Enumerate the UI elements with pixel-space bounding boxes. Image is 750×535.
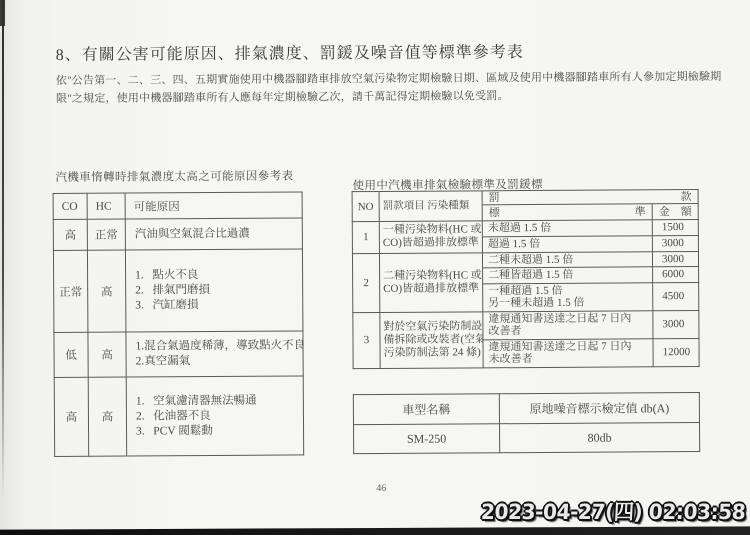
amount-header-cell: 金 額	[652, 204, 698, 220]
cause-line: 汽油與空氣混合比過濃	[135, 226, 301, 242]
page-number: 46	[376, 483, 386, 494]
noise-header-cell: 原地噪音標示檢定值 db(A)	[499, 393, 699, 424]
criteria-line: 違規通知書送達之日起 7 日內	[488, 312, 651, 325]
table-row: SM-250 80db	[354, 423, 700, 454]
cause-line: 2. 化油器不良	[136, 408, 302, 424]
penalty-no-cell: 2	[352, 253, 379, 312]
noise-table: 車型名稱 原地噪音標示檢定值 db(A) SM-250 80db	[353, 392, 700, 454]
criteria-line: 改善者	[488, 324, 651, 337]
penalty-no-cell: 1	[352, 221, 379, 253]
cause-value-cell: 1.混合氣過度稀薄，導致點火不良 2.真空漏氣	[126, 331, 303, 377]
cause-line: 2. 排氣門磨損	[135, 282, 301, 298]
item-line: 二種污染物料(HC 或	[383, 269, 479, 283]
cause-line: 3. PCV 閥鬆動	[136, 423, 302, 439]
item-line: 污染防制法第 24 條)	[384, 346, 480, 360]
penalty-header-cell: 罰 款	[482, 190, 698, 205]
penalty-amount-cell: 4500	[653, 282, 699, 310]
penalty-amount-cell: 3000	[652, 251, 698, 267]
table-row: 低 高 1.混合氣過度稀薄，導致點火不良 2.真空漏氣	[54, 331, 303, 378]
co-value-cell: 高	[53, 219, 87, 250]
table-row: 正常 高 1. 點火不良 2. 排氣門磨損 3. 汽缸磨損	[53, 249, 302, 333]
criteria-line: 二種皆超過 1.5 倍	[488, 268, 651, 281]
penalty-amount-cell: 3000	[653, 310, 699, 338]
criteria-line: 另一種未超過 1.5 倍	[488, 296, 651, 309]
hc-value-cell: 高	[87, 250, 126, 332]
table-row: 高 正常 汽油與空氣混合比過濃	[53, 218, 302, 251]
item-header-cell: 罰款項目 污染種類	[379, 191, 482, 222]
penalty-criteria-cell: 未超過 1.5 倍	[482, 220, 652, 237]
penalty-amount-cell: 1500	[652, 220, 698, 236]
penalty-table: NO 罰款項目 污染種類 罰 款 標 準	[352, 189, 700, 369]
amount-char: 金	[659, 206, 670, 218]
cause-line: 1. 空氣濾清器無法暢通	[136, 393, 302, 409]
hc-value-cell: 高	[88, 377, 126, 456]
hc-value-cell: 正常	[87, 219, 125, 250]
camera-timestamp-overlay: 2023-04-27(四) 02:03:58	[480, 496, 746, 526]
criteria-line: 超過 1.5 倍	[488, 237, 651, 250]
penalty-item-cell: 對於空氣污染防制設 備拆除或改裝者(空氣 污染防制法第 24 條)	[380, 311, 483, 368]
hc-header-cell: HC	[87, 193, 125, 219]
criteria-line: 違規通知書送達之日起 7 日內	[488, 340, 651, 353]
cause-header-cell: 可能原因	[125, 192, 302, 219]
criteria-line: 二種未超過 1.5 倍	[488, 253, 651, 266]
penalty-no-cell: 3	[353, 312, 380, 368]
criteria-line: 一種超過 1.5 倍	[488, 284, 651, 297]
penalty-criteria-cell: 違規通知書送達之日起 7 日內 改善者	[483, 310, 653, 339]
cause-table: CO HC 可能原因 高 正常 汽油與空氣混合比過濃 正常 高 1. 點火不良 …	[53, 191, 305, 457]
cause-table-title: 汽機車惰轉時排氣濃度太高之可能原因參考表	[55, 167, 293, 184]
penalty-criteria-cell: 一種超過 1.5 倍 另一種未超過 1.5 倍	[483, 282, 653, 311]
penalty-amount-cell: 12000	[653, 338, 699, 366]
criteria-line: 未改善者	[489, 352, 652, 365]
cause-line: 1. 點火不良	[135, 267, 301, 283]
penalty-criteria-cell: 超過 1.5 倍	[482, 235, 652, 252]
cause-value-cell: 1. 空氣濾清器無法暢通 2. 化油器不良 3. PCV 閥鬆動	[126, 376, 303, 456]
co-value-cell: 低	[54, 332, 88, 377]
co-header-cell: CO	[53, 193, 87, 219]
model-value-cell: SM-250	[354, 424, 500, 454]
penalty-item-cell: 一種污染物料(HC 或 CO)皆超過排放標準	[379, 221, 482, 253]
item-line: 對於空氣污染防制設	[383, 320, 479, 334]
cause-value-cell: 1. 點火不良 2. 排氣門磨損 3. 汽缸磨損	[125, 249, 302, 332]
penalty-criteria-cell: 違規通知書送達之日起 7 日內 未改善者	[483, 338, 653, 367]
cause-line: 2.真空漏氣	[136, 353, 302, 369]
table-header-row: CO HC 可能原因	[53, 192, 302, 220]
standard-header-cell: 標 準	[482, 204, 652, 221]
item-line: CO)皆超過排放標準	[383, 237, 479, 251]
document-content: 8、有關公害可能原因、排氣濃度、罰鍰及噪音值等標準參考表 依"公告第一、二、三、…	[0, 0, 750, 535]
penalty-amount-cell: 3000	[652, 235, 698, 251]
intro-paragraph: 依"公告第一、二、三、四、五期實施使用中機器腳踏車排放空氣污染物定期檢驗日期、區…	[56, 69, 722, 108]
table-row: 高 高 1. 空氣濾清器無法暢通 2. 化油器不良 3. PCV 閥鬆動	[54, 376, 303, 457]
penalty-subrow: 3 對於空氣污染防制設 備拆除或改裝者(空氣 污染防制法第 24 條) 違規通知…	[353, 310, 699, 340]
penalty-amount-cell: 6000	[653, 267, 699, 283]
item-line: 備拆除或改裝者(空氣	[383, 333, 479, 347]
intro-line: 限"之規定，使用中機器腳踏車所有人應每年定期檢驗乙次，請千萬記得定期檢驗以免受罰…	[56, 86, 722, 108]
no-header-cell: NO	[352, 191, 379, 221]
cause-value-cell: 汽油與空氣混合比過濃	[125, 218, 302, 250]
penalty-char: 罰	[489, 192, 500, 204]
table-header-row: 車型名稱 原地噪音標示檢定值 db(A)	[353, 393, 699, 425]
penalty-item-cell: 二種污染物料(HC 或 CO)皆超過排放標準	[379, 252, 482, 312]
model-header-cell: 車型名稱	[353, 394, 499, 425]
item-line: 一種污染物料(HC 或	[383, 224, 479, 238]
hc-value-cell: 高	[88, 332, 126, 377]
amount-char: 額	[681, 206, 692, 218]
item-line: CO)皆超過排放標準	[383, 282, 479, 296]
penalty-char: 款	[681, 191, 692, 203]
penalty-criteria-cell: 二種未超過 1.5 倍	[482, 251, 652, 268]
co-value-cell: 正常	[53, 250, 88, 332]
cause-line: 1.混合氣過度稀薄，導致點火不良	[135, 338, 301, 354]
noise-value-cell: 80db	[500, 423, 700, 453]
standard-char: 標	[489, 207, 500, 219]
cause-line: 3. 汽缸磨損	[135, 297, 301, 313]
standard-char: 準	[635, 206, 646, 218]
scanned-document-page: 8、有關公害可能原因、排氣濃度、罰鍰及噪音值等標準參考表 依"公告第一、二、三、…	[0, 0, 750, 535]
co-value-cell: 高	[54, 377, 88, 456]
penalty-criteria-cell: 二種皆超過 1.5 倍	[483, 267, 653, 284]
page-title: 8、有關公害可能原因、排氣濃度、罰鍰及噪音值等標準參考表	[56, 39, 524, 65]
criteria-line: 未超過 1.5 倍	[488, 221, 651, 234]
